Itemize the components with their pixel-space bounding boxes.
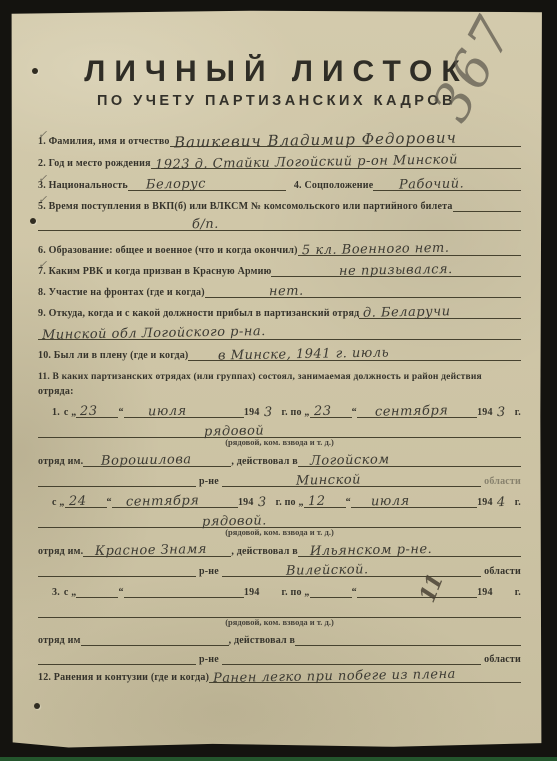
printed-g: г. [515, 497, 521, 508]
field-line: нет. [205, 287, 521, 298]
area-line: Ильянском р-не. [298, 546, 521, 557]
printed-year: 194 [477, 407, 493, 418]
entry-3-rank-caption-row: (рядовой, ком. взвода и т. д.) [38, 617, 521, 627]
printed-unit: отряд им. [38, 456, 83, 467]
region-line: Минской [222, 476, 481, 487]
field-line: не призывался. [271, 266, 521, 277]
field-line: Вашкевич Владимир Федорович [170, 134, 521, 147]
field-row-arrival: 9. Откуда, когда и с какой должности при… [38, 303, 521, 319]
entry-3-region-row: р-не области [38, 649, 521, 665]
printed-oblast: области [484, 476, 521, 487]
binder-hole [32, 68, 38, 74]
month-line [124, 597, 244, 598]
field-label-surname: 1. Фамилия, имя и отчество [38, 136, 170, 147]
entry-3-date-row: 3. с „ “ 194 г. по „ “ 194 г. [52, 582, 521, 598]
printed-to: г. по „ [282, 587, 310, 598]
field-row-wounds: 12. Ранения и контузии (где и когда) Ран… [38, 667, 521, 683]
printed-from: с „ [64, 587, 77, 598]
unit-line: Ворошилова [83, 456, 231, 467]
area-line [295, 645, 521, 646]
field-value-social-position: Рабочий. [399, 179, 464, 191]
field-line: б/п. [38, 220, 521, 231]
entry-3-unit-row: отряд им , действовал в [38, 630, 521, 646]
paper-sheet: ЛИЧНЫЙ ЛИСТОК ПО УЧЕТУ ПАРТИЗАНСКИХ КАДР… [10, 10, 543, 749]
entry-1-date-row: 1. с „ 23 “ июля 194 3 г. по „ 23 “ сент… [52, 402, 521, 418]
year-digit: 3 [254, 498, 276, 508]
field-line: Минской обл Логойского р-на. [38, 329, 521, 340]
from-day: 23 [80, 406, 98, 417]
rank-caption: (рядовой, ком. взвода и т. д.) [38, 617, 521, 627]
field-row-surname: 1. Фамилия, имя и отчество Вашкевич Влад… [38, 131, 521, 147]
field-line: Рабочий. [373, 180, 521, 191]
entry-1-region-row: р-не Минской области [38, 471, 521, 487]
entry-number: 3. [52, 587, 60, 598]
field-row-fronts: 8. Участие на фронтах (где и когда) нет. [38, 282, 521, 298]
field-line: в Минске, 1941 г. июль [188, 350, 521, 361]
printed-year: 194 [238, 497, 254, 508]
unit-line [81, 645, 229, 646]
to-day: 23 [314, 406, 332, 417]
day-line: 24 [65, 497, 107, 508]
printed-year: 194 [244, 407, 260, 418]
field-value-drafted: не призывался. [339, 265, 453, 277]
field-line: 5 кл. Военного нет. [298, 245, 521, 256]
year-digit: 3 [493, 408, 515, 418]
field-label-birth: 2. Год и место рождения [38, 158, 151, 169]
field-value-party: б/п. [192, 219, 219, 230]
field-value-birth: 1923 д. Стайки Логойский р-он Минской [155, 155, 458, 171]
entry-2-date-row: с „ 24 “ сентября 194 3 г. по „ 12 “ июл… [52, 492, 521, 508]
to-year-digit: 3 [497, 408, 506, 419]
month-line: июля [124, 407, 244, 418]
field-label-fronts: 8. Участие на фронтах (где и когда) [38, 287, 205, 298]
year-digit: 4 [493, 498, 515, 508]
unit-value: Красное Знамя [95, 545, 207, 557]
printed-rne: р-не [199, 566, 219, 577]
field-line: 1923 д. Стайки Логойский р-он Минской [151, 158, 521, 169]
printed-unit: отряд им. [38, 546, 83, 557]
field-label-arrival: 9. Откуда, когда и с какой должности при… [38, 308, 359, 319]
entry-3-rank-row [38, 602, 521, 618]
printed-year: 194 [477, 497, 493, 508]
field-value-arrival-2: Минской обл Логойского р-на. [42, 327, 266, 341]
field-line: Белорус [128, 180, 286, 191]
field-label-drafted: 7. Каким РВК и когда призван в Красную А… [38, 266, 271, 277]
day-line: 12 [304, 497, 346, 508]
field-label-units-2: отряда: [38, 386, 74, 397]
field-row-captivity: 10. Был ли в плену (где и когда) в Минск… [38, 345, 521, 361]
field-label-captivity: 10. Был ли в плену (где и когда) [38, 350, 188, 361]
field-value-fronts: нет. [269, 286, 304, 297]
to-month: сентября [375, 406, 449, 418]
printed-g: г. [515, 587, 521, 598]
printed-oblast: области [484, 654, 521, 665]
field-line: Ранен легко при побеге из плена [209, 672, 521, 683]
field-value-captivity: в Минске, 1941 г. июль [218, 348, 389, 361]
field-label-wounds: 12. Ранения и контузии (где и когда) [38, 672, 209, 683]
field-value-arrival-1: д. Беларучи [363, 307, 451, 319]
from-year-digit: 3 [263, 408, 272, 419]
area-value: Логойском [310, 455, 390, 467]
printed-operated: , действовал в [229, 635, 296, 646]
field-value-education: 5 кл. Военного нет. [302, 243, 450, 256]
printed-operated: , действовал в [231, 456, 298, 467]
field-row-nationality: 3. Национальность Белорус 4. Соцположени… [38, 175, 521, 191]
field-label-education: 6. Образование: общее и военное (что и к… [38, 245, 298, 256]
field-value-wounds: Ранен легко при побеге из плена [213, 669, 456, 684]
unit-line: Красное Знамя [83, 546, 231, 557]
printed-rne: р-не [199, 654, 219, 665]
printed-oblast: области [484, 566, 521, 577]
year-digit: 3 [260, 408, 282, 418]
region-value: Вилейской. [286, 565, 369, 577]
printed-rne: р-не [199, 476, 219, 487]
field-label-party: 5. Время поступления в ВКП(б) или ВЛКСМ … [38, 201, 453, 212]
entry-2-rank-caption-row: (рядовой, ком. взвода и т. д.) [38, 527, 521, 537]
field-row-education: 6. Образование: общее и военное (что и к… [38, 240, 521, 256]
printed-unit: отряд им [38, 635, 81, 646]
field-row-units-heading: 11. В каких партизанских отрядах (или гр… [38, 366, 521, 382]
field-row-units-heading-2: отряда: [38, 381, 521, 397]
day-line: 23 [76, 407, 118, 418]
from-month: сентября [126, 496, 200, 508]
region-line [222, 664, 481, 665]
field-value-nationality: Белорус [146, 179, 206, 190]
rank-value: рядовой. [202, 516, 267, 528]
to-day: 12 [308, 496, 326, 507]
from-year-digit: 3 [257, 498, 266, 509]
printed-operated: , действовал в [231, 546, 298, 557]
scanned-form-page: ЛИЧНЫЙ ЛИСТОК ПО УЧЕТУ ПАРТИЗАНСКИХ КАДР… [0, 0, 557, 761]
entry-2-rank-row: рядовой. [38, 512, 521, 528]
day-line [76, 597, 118, 598]
day-line [310, 597, 352, 598]
region-lead-line [38, 664, 196, 665]
field-row-arrival-continued: Минской обл Логойского р-на. [38, 324, 521, 340]
printed-from: с „ [64, 407, 77, 418]
field-label-social-position: 4. Соцположение [294, 180, 374, 191]
printed-to: г. по „ [276, 497, 304, 508]
printed-from: с „ [52, 497, 65, 508]
field-value-surname: Вашкевич Владимир Федорович [173, 132, 456, 149]
field-row-party-continued: б/п. [38, 215, 521, 231]
field-row-birth: 2. Год и место рождения 1923 д. Стайки Л… [38, 153, 521, 169]
entry-2-region-row: р-не Вилейской. области [38, 561, 521, 577]
day-line: 23 [310, 407, 352, 418]
binder-hole [34, 703, 40, 709]
from-day: 24 [68, 496, 86, 507]
entry-1-rank-row: рядовой [38, 422, 521, 438]
rank-caption: (рядовой, ком. взвода и т. д.) [38, 527, 521, 537]
binder-hole [30, 218, 36, 224]
entry-1-rank-caption-row: (рядовой, ком. взвода и т. д.) [38, 437, 521, 447]
rank-value: рядовой [204, 426, 264, 437]
unit-value: Ворошилова [101, 455, 192, 467]
region-line: Вилейской. [222, 566, 481, 577]
month-line: июля [351, 497, 477, 508]
field-row-party: 5. Время поступления в ВКП(б) или ВЛКСМ … [38, 196, 521, 212]
field-line: д. Беларучи [359, 308, 521, 319]
printed-g: г. [515, 407, 521, 418]
field-row-drafted: 7. Каким РВК и когда призван в Красную А… [38, 261, 521, 277]
printed-year: 194 [244, 587, 260, 598]
scanner-edge-strip [0, 757, 557, 761]
printed-to: г. по „ [282, 407, 310, 418]
region-value: Минской [296, 475, 361, 487]
field-line [453, 211, 521, 212]
entry-2-unit-row: отряд им. Красное Знамя , действовал в И… [38, 541, 521, 557]
region-lead-line [38, 576, 196, 577]
entry-1-unit-row: отряд им. Ворошилова , действовал в Лого… [38, 451, 521, 467]
rank-caption: (рядовой, ком. взвода и т. д.) [38, 437, 521, 447]
printed-year: 194 [477, 587, 493, 598]
area-line: Логойском [298, 456, 521, 467]
from-month: июля [148, 406, 187, 417]
month-line: сентября [357, 407, 477, 418]
region-lead-line [38, 486, 196, 487]
month-line: сентября [112, 497, 238, 508]
to-year-digit: 4 [497, 498, 506, 509]
to-month: июля [371, 496, 410, 507]
field-label-nationality: 3. Национальность [38, 180, 128, 191]
entry-number: 1. [52, 407, 60, 418]
area-value: Ильянском р-не. [310, 545, 432, 558]
